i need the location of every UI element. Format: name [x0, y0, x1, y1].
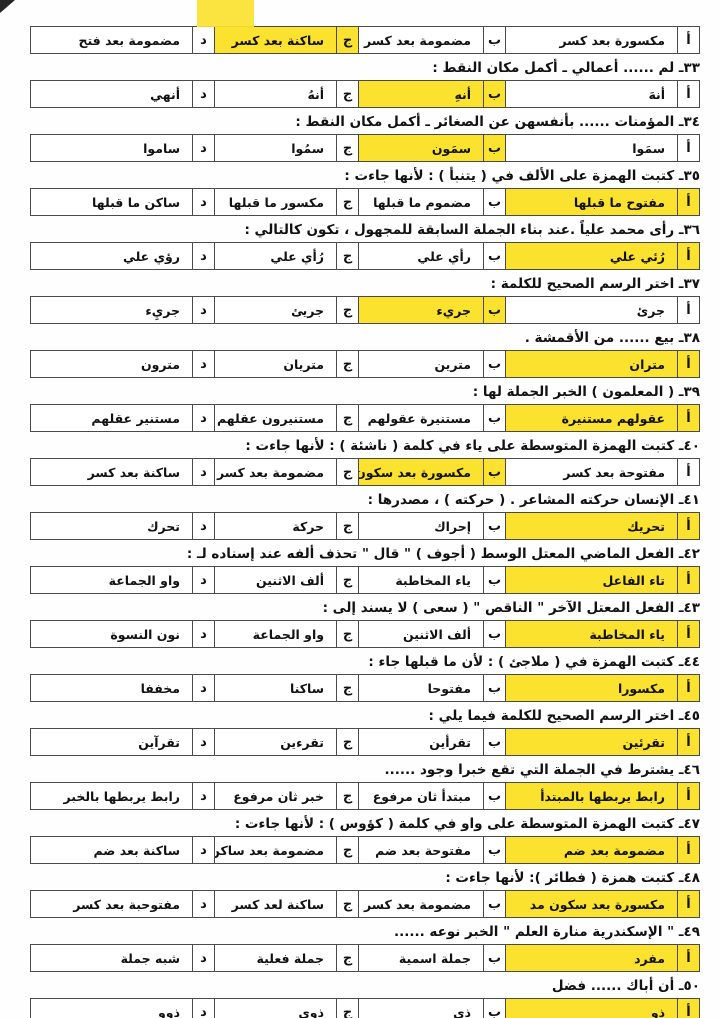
option-letter-cell: أ: [677, 945, 699, 971]
option-letter-cell: أ: [677, 891, 699, 917]
options-row: أرابط يربطها بالمبتدأبمبتدأ ثان مرفوعجخب…: [30, 782, 700, 810]
option-text-cell-highlighted-answer: تقرئين: [505, 729, 677, 755]
option-text-cell: ذوي: [214, 999, 336, 1018]
option-text-cell: ذي: [358, 999, 483, 1018]
option-text-cell: ساموا: [29, 135, 192, 161]
option-text-cell-highlighted-answer: متران: [505, 351, 677, 377]
option-letter-cell: أ: [677, 675, 699, 701]
option-text-cell: واو الجماعة: [29, 567, 192, 593]
option-letter-cell: د: [192, 783, 214, 809]
option-text-cell-highlighted-answer: مكسورا: [505, 675, 677, 701]
highlighter-overshoot-mark: [197, 0, 254, 27]
option-letter-cell: أ: [677, 729, 699, 755]
option-letter-cell: أ: [677, 513, 699, 539]
question-text: ٣٧ـ اختر الرسم الصحيح للكلمة :: [30, 276, 700, 291]
options-row: أعقولهم مستنيرةبمستنيرة عقولهمجمستنيرون …: [30, 404, 700, 432]
options-row: أذوبذيجذويدذوو: [30, 998, 700, 1018]
option-text-cell: مفتوحة بعد كسر: [505, 459, 677, 485]
option-text-cell: مضمومة بعد كسر: [214, 459, 336, 485]
option-letter-cell: أ: [677, 135, 699, 161]
option-letter-cell: د: [192, 351, 214, 377]
options-row: أسمَوابسمَونجسمُوادساموا: [30, 134, 700, 162]
option-letter-cell: د: [192, 243, 214, 269]
option-text-cell-highlighted-answer: ساكنة بعد كسر: [214, 27, 336, 53]
option-text-cell: مفتوحا: [358, 675, 483, 701]
option-letter-cell: ب: [483, 189, 505, 215]
question-text: ٣٨ـ بيع ...... من الأقمشة .: [30, 330, 700, 345]
options-row: أتاء الفاعلبياء المخاطبةجألف الاثنيندواو…: [30, 566, 700, 594]
option-text-cell: مترين: [358, 351, 483, 377]
question-text: ٤٣ـ الفعل المعتل الآخر " الناقص " ( سعى …: [30, 600, 700, 615]
option-letter-cell: ب: [483, 567, 505, 593]
option-letter-cell: أ: [677, 189, 699, 215]
option-text-cell-highlighted-answer: رابط يربطها بالمبتدأ: [505, 783, 677, 809]
questions-list: أمكسورة بعد كسربمضمومة بعد كسرجساكنة بعد…: [0, 0, 720, 1018]
option-letter-cell: ب: [483, 999, 505, 1018]
option-letter-cell: ب: [483, 135, 505, 161]
question-text: ٥٠ـ أن أباك ...... فضل: [30, 978, 700, 993]
option-text-cell: سمُوا: [214, 135, 336, 161]
option-letter-cell: ج: [336, 297, 358, 323]
option-text-cell: متريان: [214, 351, 336, 377]
option-letter-cell: د: [192, 513, 214, 539]
option-letter-cell: د: [192, 621, 214, 647]
option-text-cell: ذوو: [29, 999, 192, 1018]
option-letter-cell: د: [192, 837, 214, 863]
option-letter-cell: ب: [483, 675, 505, 701]
option-text-cell: مكسورة بعد كسر: [505, 27, 677, 53]
option-text-cell: رُأي علي: [214, 243, 336, 269]
options-row: أمفتوح ما قبلهابمضموم ما قبلهاجمكسور ما …: [30, 188, 700, 216]
question-text: ٤٨ـ كتبت همزة ( فطائر ): لأنها جاءت :: [30, 870, 700, 885]
option-letter-cell: أ: [677, 567, 699, 593]
question-text: ٤٥ـ اختر الرسم الصحيح للكلمة فيما يلي :: [30, 708, 700, 723]
option-letter-cell: ب: [483, 405, 505, 431]
option-text-cell: تقرآين: [29, 729, 192, 755]
options-row: أتحريكبإحراكجحركةدتحرك: [30, 512, 700, 540]
option-text-cell-highlighted-answer: مضمومة بعد ضم: [505, 837, 677, 863]
question-text: ٤٠ـ كتبت الهمزة المتوسطة على ياء في كلمة…: [30, 438, 700, 453]
option-text-cell: أنهُ: [214, 81, 336, 107]
option-letter-cell: ب: [483, 243, 505, 269]
option-letter-cell: ج: [336, 567, 358, 593]
question-text: ٣٣ـ لم ...... أعمالي ـ أكمل مكان النقط :: [30, 60, 700, 75]
option-text-cell: مستنيرة عقولهم: [358, 405, 483, 431]
option-text-cell: ساكنا: [214, 675, 336, 701]
option-text-cell: مضمومة بعد ساكن: [214, 837, 336, 863]
option-letter-cell: ب: [483, 621, 505, 647]
option-text-cell: إحراك: [358, 513, 483, 539]
option-text-cell: ساكن ما قبلها: [29, 189, 192, 215]
option-letter-cell: ب: [483, 513, 505, 539]
options-row: أرُئي عليبرأي عليجرُأي عليدرؤي علي: [30, 242, 700, 270]
option-text-cell-highlighted-answer: أنهِ: [358, 81, 483, 107]
page-corner-shadow: [0, 0, 15, 13]
option-letter-cell: أ: [677, 81, 699, 107]
option-letter-cell: ج: [336, 675, 358, 701]
options-row: أمكسورة بعد كسربمضمومة بعد كسرجساكنة بعد…: [30, 26, 700, 54]
option-text-cell: رؤي علي: [29, 243, 192, 269]
option-text-cell: مترون: [29, 351, 192, 377]
option-text-cell: ألف الاثنين: [358, 621, 483, 647]
option-text-cell-highlighted-answer: ياء المخاطبة: [505, 621, 677, 647]
option-letter-cell: أ: [677, 783, 699, 809]
option-letter-cell: ب: [483, 459, 505, 485]
option-letter-cell: ج: [336, 351, 358, 377]
option-letter-cell: ج: [336, 783, 358, 809]
option-letter-cell: ب: [483, 783, 505, 809]
option-letter-cell: د: [192, 999, 214, 1018]
option-letter-cell: ج: [336, 837, 358, 863]
options-row: أمفردبجملة اسميةججملة فعليةدشبه جملة: [30, 944, 700, 972]
option-letter-cell: ج: [336, 81, 358, 107]
question-text: ٤٤ـ كتبت الهمزة في ( ملاجئ ) : لأن ما قب…: [30, 654, 700, 669]
option-text-cell-highlighted-answer: مفرد: [505, 945, 677, 971]
question-text: ٤٦ـ يشترط في الجملة التي تقع خبرا وجود .…: [30, 762, 700, 777]
option-text-cell-highlighted-answer: مكسورة بعد سكون: [358, 459, 483, 485]
option-text-cell: تقرأين: [358, 729, 483, 755]
option-text-cell: نون النسوة: [29, 621, 192, 647]
option-letter-cell: أ: [677, 27, 699, 53]
option-letter-cell: د: [192, 405, 214, 431]
option-letter-cell: أ: [677, 459, 699, 485]
option-text-cell: رأي علي: [358, 243, 483, 269]
option-letter-cell: أ: [677, 297, 699, 323]
option-letter-cell: د: [192, 675, 214, 701]
options-row: أمضمومة بعد ضمبمفتوحة بعد ضمجمضمومة بعد …: [30, 836, 700, 864]
option-letter-cell: د: [192, 27, 214, 53]
option-text-cell: واو الجماعة: [214, 621, 336, 647]
option-letter-cell: ب: [483, 891, 505, 917]
option-letter-cell: ج: [336, 945, 358, 971]
option-letter-cell: د: [192, 891, 214, 917]
option-letter-cell: د: [192, 459, 214, 485]
options-row: أمفتوحة بعد كسربمكسورة بعد سكونجمضمومة ب…: [30, 458, 700, 486]
option-text-cell: ساكنة بعد كسر: [29, 459, 192, 485]
option-text-cell: مفتوحة بعد ضم: [358, 837, 483, 863]
options-row: أجرئبجريءججريئدجريِء: [30, 296, 700, 324]
option-text-cell: مخففا: [29, 675, 192, 701]
option-text-cell: أنهَ: [505, 81, 677, 107]
option-letter-cell: ب: [483, 729, 505, 755]
option-letter-cell: ب: [483, 27, 505, 53]
option-text-cell: خبر ثان مرفوع: [214, 783, 336, 809]
option-text-cell-highlighted-answer: مفتوح ما قبلها: [505, 189, 677, 215]
option-letter-cell: ج: [336, 513, 358, 539]
option-text-cell: تحرك: [29, 513, 192, 539]
option-letter-cell: ج: [336, 999, 358, 1018]
option-text-cell: مستنيرون عقلهم: [214, 405, 336, 431]
option-text-cell: حركة: [214, 513, 336, 539]
option-text-cell: ساكنة بعد ضم: [29, 837, 192, 863]
option-letter-cell: أ: [677, 999, 699, 1018]
option-letter-cell: أ: [677, 621, 699, 647]
option-text-cell: ساكنة لعد كسر: [214, 891, 336, 917]
option-letter-cell: ج: [336, 405, 358, 431]
option-text-cell: جملة اسمية: [358, 945, 483, 971]
option-text-cell: جرئ: [505, 297, 677, 323]
option-letter-cell: ج: [336, 459, 358, 485]
option-text-cell-highlighted-answer: مكسورة بعد سكون مد: [505, 891, 677, 917]
question-text: ٣٦ـ رأى محمد علياً .عند بناء الجملة السا…: [30, 222, 700, 237]
scanned-exam-page: أمكسورة بعد كسربمضمومة بعد كسرجساكنة بعد…: [0, 0, 720, 1018]
option-text-cell-highlighted-answer: عقولهم مستنيرة: [505, 405, 677, 431]
option-text-cell: أنهي: [29, 81, 192, 107]
option-text-cell: مستنير عقلهم: [29, 405, 192, 431]
option-text-cell: جملة فعلية: [214, 945, 336, 971]
options-row: أأنهَبأنهِجأنهُدأنهي: [30, 80, 700, 108]
option-letter-cell: ب: [483, 945, 505, 971]
option-text-cell: ألف الاثنين: [214, 567, 336, 593]
question-text: ٤١ـ الإنسان حركته المشاعر . ( حركته ) ، …: [30, 492, 700, 507]
option-letter-cell: ب: [483, 351, 505, 377]
option-letter-cell: د: [192, 945, 214, 971]
options-row: أمترانبمترينجمترياندمترون: [30, 350, 700, 378]
option-text-cell: جريئ: [214, 297, 336, 323]
option-letter-cell: د: [192, 297, 214, 323]
option-text-cell: مكسور ما قبلها: [214, 189, 336, 215]
option-text-cell-highlighted-answer: تحريك: [505, 513, 677, 539]
option-letter-cell: د: [192, 189, 214, 215]
option-letter-cell: ج: [336, 729, 358, 755]
options-row: أياء المخاطبةبألف الاثنينجواو الجماعةدنو…: [30, 620, 700, 648]
option-letter-cell: ج: [336, 135, 358, 161]
options-row: أمكسورة بعد سكون مدبمضمومة بعد كسرجساكنة…: [30, 890, 700, 918]
option-text-cell: سمَوا: [505, 135, 677, 161]
option-letter-cell: ج: [336, 891, 358, 917]
question-text: ٣٥ـ كتبت الهمزة على الألف في ( يتنبأ ) :…: [30, 168, 700, 183]
question-text: ٤٧ـ كتبت الهمزة المتوسطة على واو في كلمة…: [30, 816, 700, 831]
option-letter-cell: ج: [336, 243, 358, 269]
option-letter-cell: ج: [336, 621, 358, 647]
question-text: ٣٤ـ المؤمنات ...... بأنفسهن عن الصغائر ـ…: [30, 114, 700, 129]
option-letter-cell: د: [192, 729, 214, 755]
option-letter-cell: أ: [677, 837, 699, 863]
option-text-cell-highlighted-answer: سمَون: [358, 135, 483, 161]
option-text-cell-highlighted-answer: جريء: [358, 297, 483, 323]
option-text-cell: جريِء: [29, 297, 192, 323]
option-text-cell: مفتوحبة بعد كسر: [29, 891, 192, 917]
option-letter-cell: د: [192, 567, 214, 593]
option-text-cell: شبه جملة: [29, 945, 192, 971]
question-text: ٤٢ـ الفعل الماضي المعتل الوسط ( أجوف ) "…: [30, 546, 700, 561]
option-text-cell-highlighted-answer: ذو: [505, 999, 677, 1018]
option-letter-cell: د: [192, 135, 214, 161]
option-letter-cell: ج: [336, 189, 358, 215]
option-text-cell: تقرءين: [214, 729, 336, 755]
option-text-cell: مضمومة بعد فتح: [29, 27, 192, 53]
option-letter-cell: ج: [336, 27, 358, 53]
option-text-cell-highlighted-answer: رُئي علي: [505, 243, 677, 269]
option-letter-cell: أ: [677, 405, 699, 431]
option-letter-cell: د: [192, 81, 214, 107]
option-text-cell: ياء المخاطبة: [358, 567, 483, 593]
option-text-cell: مضمومة بعد كسر: [358, 891, 483, 917]
option-letter-cell: أ: [677, 243, 699, 269]
option-text-cell: رابط يربطها بالخبر: [29, 783, 192, 809]
option-text-cell: مضمومة بعد كسر: [358, 27, 483, 53]
option-text-cell: مضموم ما قبلها: [358, 189, 483, 215]
option-letter-cell: ب: [483, 297, 505, 323]
options-row: أمكسورابمفتوحاجساكنادمخففا: [30, 674, 700, 702]
option-letter-cell: ب: [483, 81, 505, 107]
option-letter-cell: أ: [677, 351, 699, 377]
option-letter-cell: ب: [483, 837, 505, 863]
option-text-cell: مبتدأ ثان مرفوع: [358, 783, 483, 809]
option-text-cell-highlighted-answer: تاء الفاعل: [505, 567, 677, 593]
options-row: أتقرئينبتقرأينجتقرءيندتقرآين: [30, 728, 700, 756]
question-text: ٣٩ـ ( المعلمون ) الخبر الجملة لها :: [30, 384, 700, 399]
question-text: ٤٩ـ " الإسكندرية منارة العلم " الخبر نوع…: [30, 924, 700, 939]
